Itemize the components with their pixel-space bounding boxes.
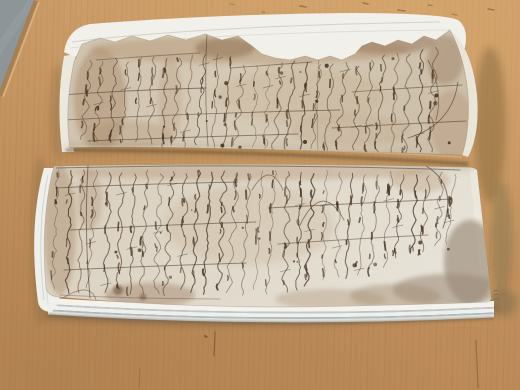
photo-scene: 113 <box>0 0 520 390</box>
folio-number: 113 <box>492 289 498 301</box>
bottom-page: 113 <box>44 164 503 309</box>
manuscript-photo: 113 <box>0 0 520 390</box>
